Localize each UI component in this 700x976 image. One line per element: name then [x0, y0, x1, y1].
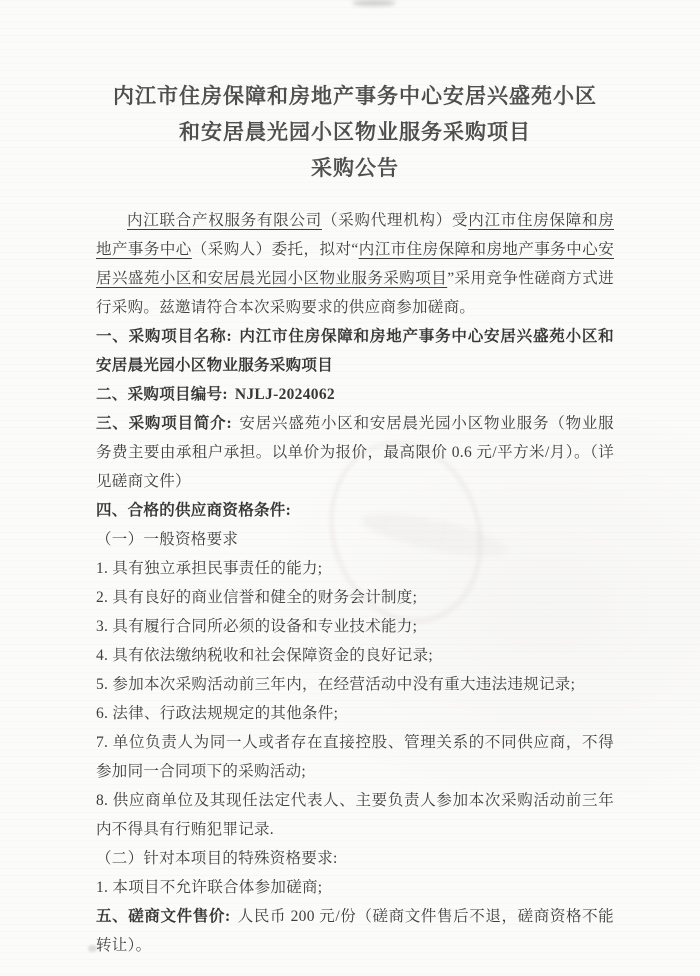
general-requirement-item-7: 7. 单位负责人为同一人或者存在直接控股、管理关系的不同供应商，不得参加同一合同… [96, 728, 614, 786]
section-project-brief-label: 三、采购项目简介: [96, 415, 232, 432]
intro-text-1: （采购代理机构）受 [322, 212, 468, 229]
scan-smudge-top [352, 0, 396, 6]
special-requirements-heading: （二）针对本项目的特殊资格要求: [96, 844, 614, 873]
section-project-brief: 三、采购项目简介:安居兴盛苑小区和安居晨光园小区物业服务（物业服务费主要由承租户… [96, 409, 614, 496]
section-project-number-value: NJLJ-2024062 [235, 386, 335, 403]
title-line-1: 内江市住房保障和房地产事务中心安居兴盛苑小区 [96, 78, 614, 114]
section-supplier-qualifications-heading: 四、合格的供应商资格条件: [96, 496, 614, 525]
section-project-number-label: 二、采购项目编号: [96, 386, 228, 403]
section-supplier-qualifications-label: 四、合格的供应商资格条件: [96, 502, 291, 519]
document-page: 内江市住房保障和房地产事务中心安居兴盛苑小区 和安居晨光园小区物业服务采购项目 … [0, 0, 700, 976]
section-project-number: 二、采购项目编号:NJLJ-2024062 [96, 380, 614, 409]
general-requirement-item-5: 5. 参加本次采购活动前三年内，在经营活动中没有重大违法违规记录; [96, 670, 614, 699]
section-document-price: 五、磋商文件售价:人民币 200 元/份（磋商文件售后不退，磋商资格不能转让）。 [96, 902, 614, 960]
document-content: 内江市住房保障和房地产事务中心安居兴盛苑小区 和安居晨光园小区物业服务采购项目 … [96, 78, 614, 960]
intro-text-2: （采购人）委托，拟对“ [192, 241, 359, 258]
general-requirement-item-2: 2. 具有良好的商业信誉和健全的财务会计制度; [96, 583, 614, 612]
section-project-name-label: 一、采购项目名称: [96, 328, 232, 345]
section-project-name: 一、采购项目名称:内江市住房保障和房地产事务中心安居兴盛苑小区和安居晨光园小区物… [96, 322, 614, 380]
general-requirements-heading: （一）一般资格要求 [96, 525, 614, 554]
general-requirement-item-8: 8. 供应商单位及其现任法定代表人、主要负责人参加本次采购活动前三年内不得具有行… [96, 786, 614, 844]
document-body: 内江联合产权服务有限公司（采购代理机构）受内江市住房保障和房地产事务中心（采购人… [96, 206, 614, 960]
document-title: 内江市住房保障和房地产事务中心安居兴盛苑小区 和安居晨光园小区物业服务采购项目 … [96, 78, 614, 186]
section-document-price-label: 五、磋商文件售价: [96, 908, 230, 925]
general-requirement-item-1: 1. 具有独立承担民事责任的能力; [96, 554, 614, 583]
title-line-2: 和安居晨光园小区物业服务采购项目 [96, 114, 614, 150]
general-requirement-item-6: 6. 法律、行政法规规定的其他条件; [96, 699, 614, 728]
general-requirement-item-4: 4. 具有依法缴纳税收和社会保障资金的良好记录; [96, 641, 614, 670]
title-line-3: 采购公告 [96, 150, 614, 186]
procurement-agency-name: 内江联合产权服务有限公司 [127, 212, 322, 229]
general-requirement-item-3: 3. 具有履行合同所必须的设备和专业技术能力; [96, 612, 614, 641]
intro-paragraph: 内江联合产权服务有限公司（采购代理机构）受内江市住房保障和房地产事务中心（采购人… [96, 206, 614, 322]
special-requirement-item-1: 1. 本项目不允许联合体参加磋商; [96, 873, 614, 902]
